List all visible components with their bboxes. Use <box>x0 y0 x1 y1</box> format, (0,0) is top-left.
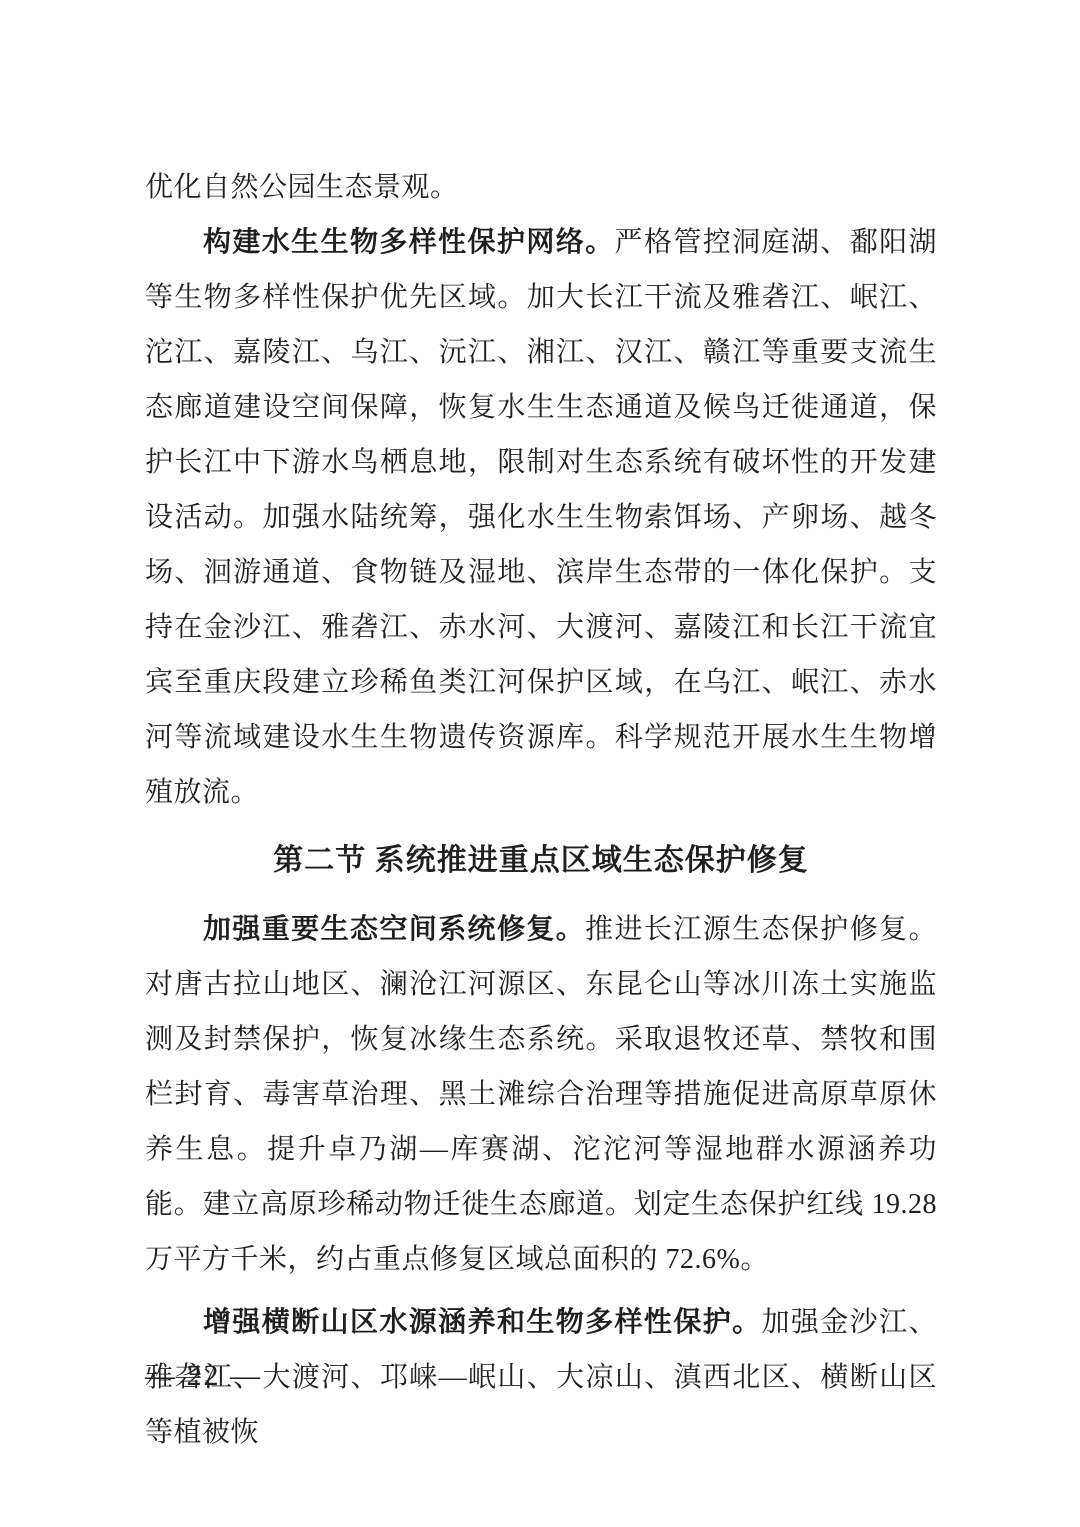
paragraph-body-text: 严格管控洞庭湖、鄱阳湖等生物多样性保护优先区域。加大长江干流及雅砻江、岷江、沱江… <box>145 227 937 808</box>
document-page: 优化自然公园生态景观。 构建水生生物多样性保护网络。严格管控洞庭湖、鄱阳湖等生物… <box>0 0 1080 1527</box>
page-number: — 22 — <box>145 1358 262 1394</box>
section-heading: 第二节 系统推进重点区域生态保护修复 <box>145 837 937 885</box>
paragraph-lead-sentence: 构建水生生物多样性保护网络。 <box>203 227 615 258</box>
paragraph-continuation: 优化自然公园生态景观。 <box>145 160 937 215</box>
paragraph-ecospace-restoration: 加强重要生态空间系统修复。推进长江源生态保护修复。对唐古拉山地区、澜沧江河源区、… <box>145 902 937 1287</box>
paragraph-lead-sentence: 加强重要生态空间系统修复。 <box>203 914 585 945</box>
paragraph-body-text: 推进长江源生态保护修复。对唐古拉山地区、澜沧江河源区、东昆仑山等冰川冻土实施监测… <box>145 914 937 1275</box>
document-content: 优化自然公园生态景观。 构建水生生物多样性保护网络。严格管控洞庭湖、鄱阳湖等生物… <box>145 160 937 1460</box>
paragraph-continuation-text: 优化自然公园生态景观。 <box>145 172 459 203</box>
paragraph-hengduan-mountains: 增强横断山区水源涵养和生物多样性保护。加强金沙江、雅砻江、大渡河、邛崃—岷山、大… <box>145 1295 937 1460</box>
paragraph-lead-sentence: 增强横断山区水源涵养和生物多样性保护。 <box>203 1307 762 1338</box>
paragraph-aquatic-biodiversity: 构建水生生物多样性保护网络。严格管控洞庭湖、鄱阳湖等生物多样性保护优先区域。加大… <box>145 215 937 820</box>
